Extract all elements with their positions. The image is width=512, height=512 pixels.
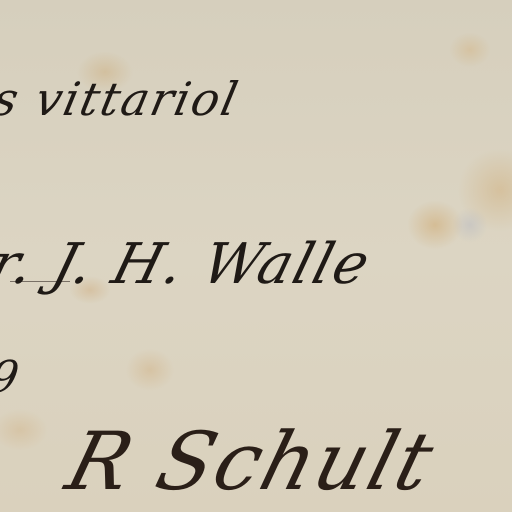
handwritten-line-1: s vittariol [0, 72, 244, 126]
handwritten-name-line: R Schult [58, 415, 445, 508]
handwritten-collector-name: r. J. H. Walle [0, 232, 378, 297]
